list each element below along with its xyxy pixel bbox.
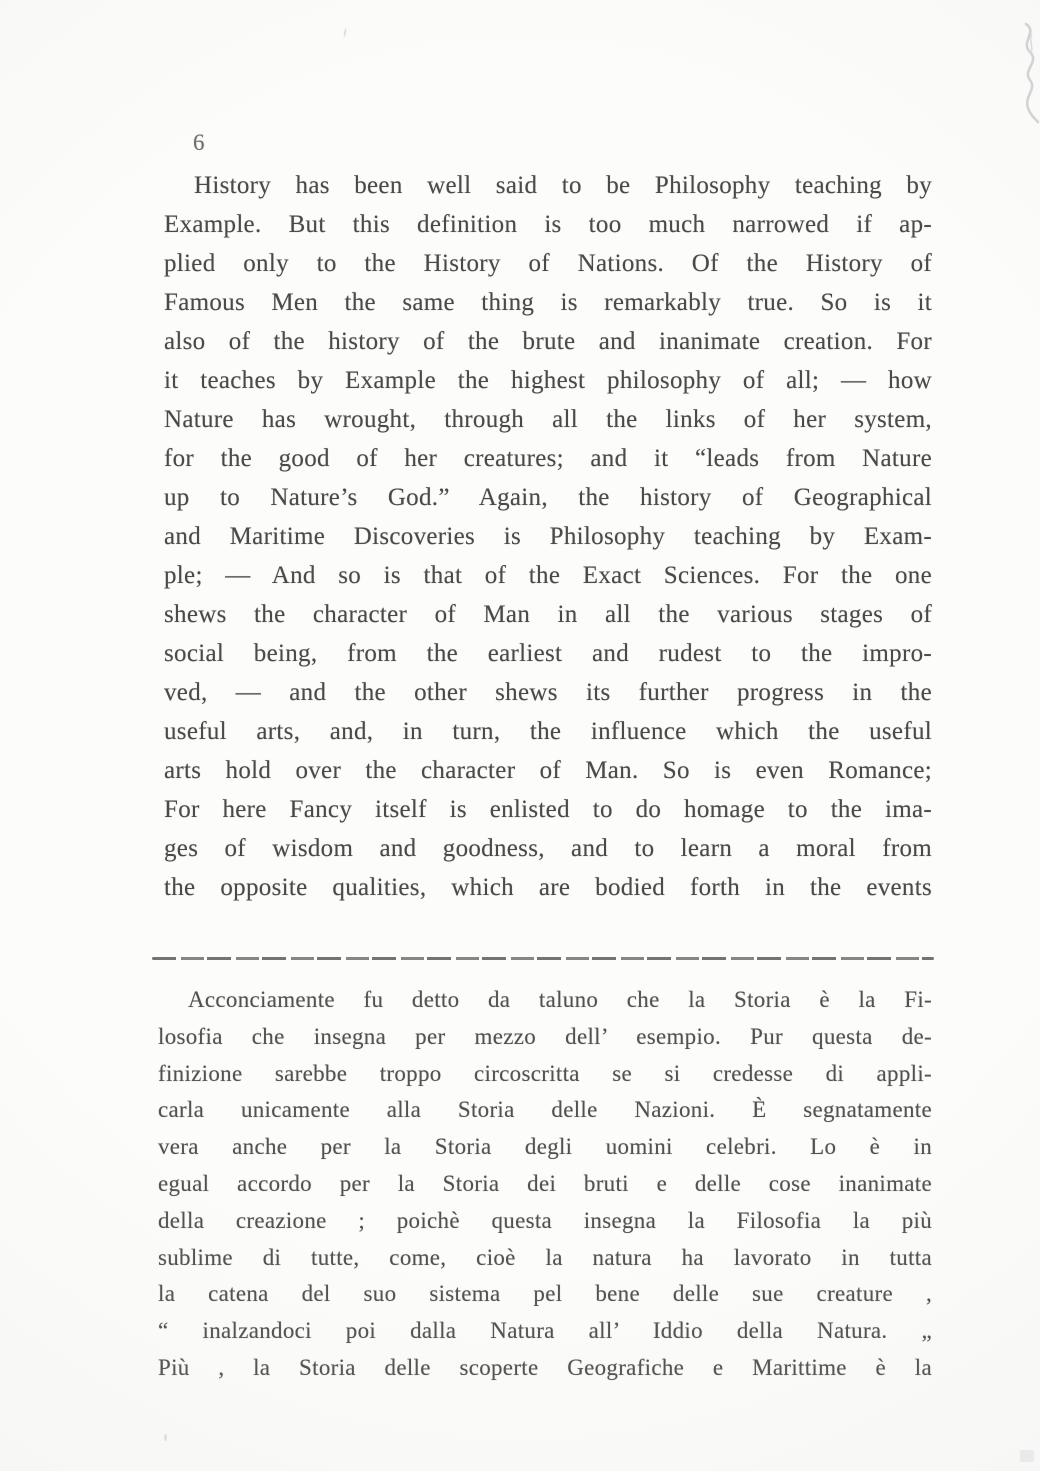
text-line: also of the history of the brute and ina… bbox=[164, 322, 932, 361]
text-line: the opposite qualities, which are bodied… bbox=[164, 868, 932, 907]
footnote-separator-rule bbox=[152, 957, 934, 960]
text-line: finizione sarebbe troppo circoscritta se… bbox=[158, 1056, 932, 1093]
text-line: ges of wisdom and goodness, and to learn… bbox=[164, 829, 932, 868]
text-line: up to Nature’s God.” Again, the history … bbox=[164, 478, 932, 517]
text-line: Example. But this definition is too much… bbox=[164, 205, 932, 244]
text-line: for the good of her creatures; and it “l… bbox=[164, 439, 932, 478]
text-line: Famous Men the same thing is remarkably … bbox=[164, 283, 932, 322]
text-line: Nature has wrought, through all the link… bbox=[164, 400, 932, 439]
text-line: losofia che insegna per mezzo dell’ esem… bbox=[158, 1019, 932, 1056]
scan-speck bbox=[343, 28, 347, 37]
text-line: arts hold over the character of Man. So … bbox=[164, 751, 932, 790]
scanned-book-page: 6 History has been well said to be Philo… bbox=[0, 0, 1040, 1471]
text-line: carla unicamente alla Storia delle Nazio… bbox=[158, 1092, 932, 1129]
text-line: social being, from the earliest and rude… bbox=[164, 634, 932, 673]
scan-artifact-squiggle-icon bbox=[1004, 20, 1040, 125]
text-line: History has been well said to be Philoso… bbox=[164, 166, 932, 205]
text-line: it teaches by Example the highest philos… bbox=[164, 361, 932, 400]
text-line: ved, — and the other shews its further p… bbox=[164, 673, 932, 712]
italian-footnote-paragraph: Acconciamente fu detto da taluno che la … bbox=[158, 982, 932, 1387]
text-line: shews the character of Man in all the va… bbox=[164, 595, 932, 634]
text-line: Più , la Storia delle scoperte Geografic… bbox=[158, 1350, 932, 1387]
text-line: “ inalzandoci poi dalla Natura all’ Iddi… bbox=[158, 1313, 932, 1350]
scan-speck bbox=[1020, 1450, 1034, 1462]
text-line: vera anche per la Storia degli uomini ce… bbox=[158, 1129, 932, 1166]
text-line: For here Fancy itself is enlisted to do … bbox=[164, 790, 932, 829]
text-line: ple; — And so is that of the Exact Scien… bbox=[164, 556, 932, 595]
english-paragraph: History has been well said to be Philoso… bbox=[164, 166, 932, 907]
text-line: della creazione ; poichè questa insegna … bbox=[158, 1203, 932, 1240]
text-line: useful arts, and, in turn, the influence… bbox=[164, 712, 932, 751]
text-line: Acconciamente fu detto da taluno che la … bbox=[158, 982, 932, 1019]
text-line: sublime di tutte, come, cioè la natura h… bbox=[158, 1240, 932, 1277]
text-line: la catena del suo sistema pel bene delle… bbox=[158, 1276, 932, 1313]
page-number: 6 bbox=[193, 130, 206, 156]
scan-speck bbox=[164, 1434, 167, 1441]
text-line: egual accordo per la Storia dei bruti e … bbox=[158, 1166, 932, 1203]
text-line: and Maritime Discoveries is Philosophy t… bbox=[164, 517, 932, 556]
text-line: plied only to the History of Nations. Of… bbox=[164, 244, 932, 283]
